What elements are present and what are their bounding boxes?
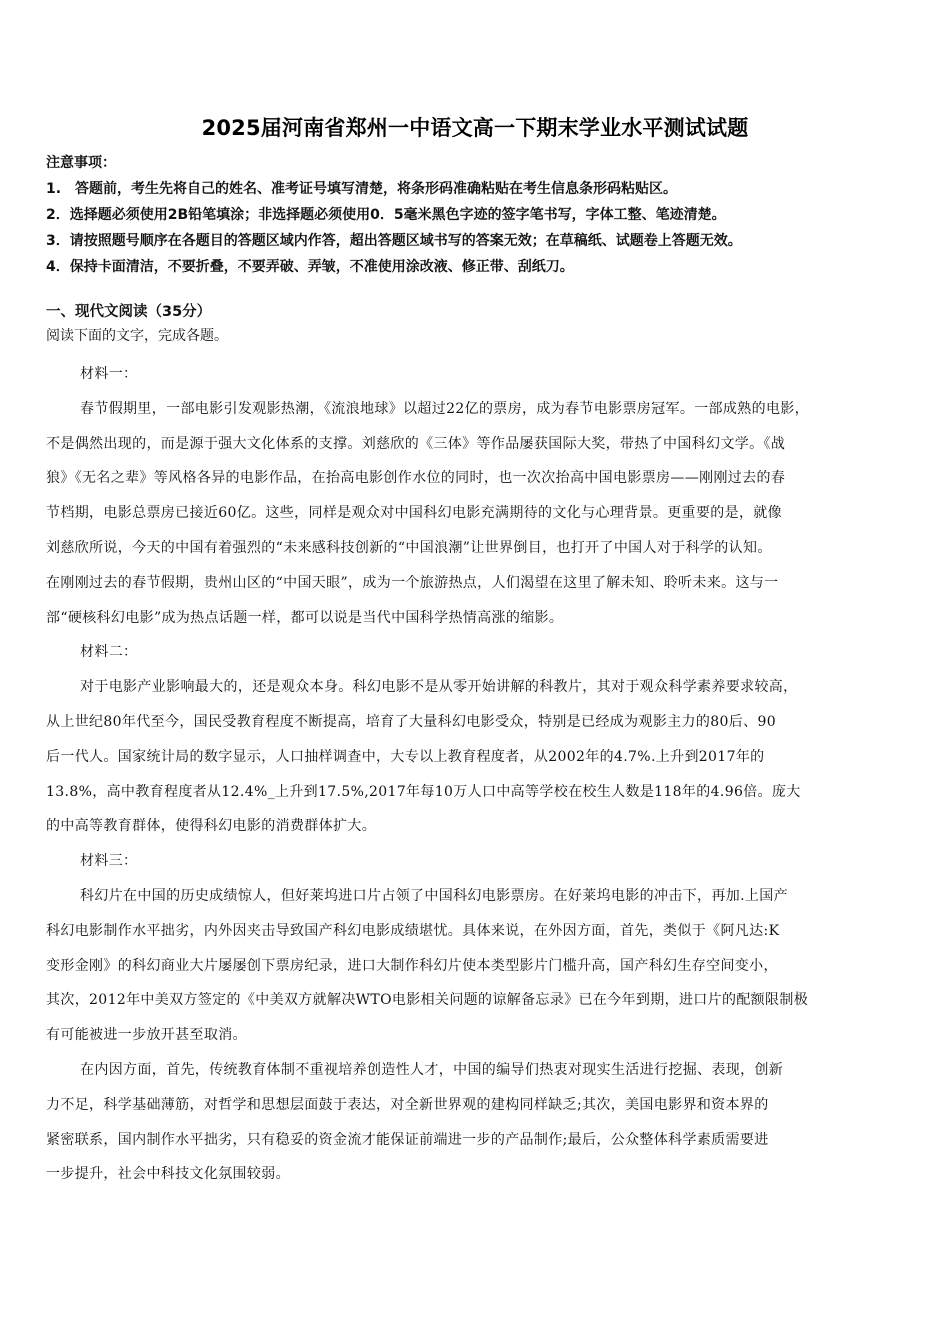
passage-line: 部“硬核科幻电影”成为热点话题一样，都可以说是当代中国科学热情高涨的缩影。	[46, 601, 916, 636]
passage-line: 狼》《无名之辈》等风格各异的电影作品，在抬高电影创作水位的同时，也一次次抬高中国…	[46, 461, 916, 496]
passage-line: 力不足，科学基础薄筋，对哲学和思想层面鼓于表达，对全新世界观的建构同样缺乏;其次…	[46, 1088, 916, 1123]
notice-item: 1. 答题前，考生先将自己的姓名、准考证号填写清楚，将条形码准确粘贴在考生信息条…	[46, 176, 926, 202]
passage-line: 13.8%，高中教育程度者从12.4%_上升到17.5%,2017年每10万人口…	[46, 775, 916, 810]
passage-line: 科幻片在中国的历史成绩惊人，但好莱坞进口片占领了中国科幻电影票房。在好莱坞电影的…	[46, 879, 916, 914]
section-instruction: 阅读下面的文字，完成各题。	[46, 325, 228, 345]
notice-item: 3．请按照题号顺序在各题目的答题区域内作答，超出答题区域书写的答案无效；在草稿纸…	[46, 228, 926, 254]
passage-line: 变形金刚》的科幻商业大片屡屡创下票房纪录，进口大制作科幻片使本类型影片门槛升高，…	[46, 949, 916, 984]
notice-heading: 注意事项：	[46, 150, 926, 176]
notice-item: 2．选择题必须使用2B铅笔填涂；非选择题必须使用0．5毫米黑色字迹的签字笔书写，…	[46, 202, 926, 228]
page-title: 2025届河南省郑州一中语文高一下期末学业水平测试试题	[0, 112, 950, 142]
notice-block: 注意事项： 1. 答题前，考生先将自己的姓名、准考证号填写清楚，将条形码准确粘贴…	[46, 150, 926, 280]
passage-line: 在内因方面，首先，传统教育体制不重视培养创造性人才，中国的编导们热衷对现实生活进…	[46, 1053, 916, 1088]
reading-passage: 材料一：春节假期里，一部电影引发观影热潮，《流浪地球》以超过22亿的票房，成为春…	[46, 357, 916, 1192]
passage-line: 一步提升，社会中科技文化氛围较弱。	[46, 1157, 916, 1192]
passage-line: 刘慈欣所说，今天的中国有着强烈的“未来感科技创新的“中国浪潮”让世界倒目，也打开…	[46, 531, 916, 566]
exam-page: 2025届河南省郑州一中语文高一下期末学业水平测试试题 注意事项： 1. 答题前…	[0, 0, 950, 1344]
passage-line: 的中高等教育群体，使得科幻电影的消费群体扩大。	[46, 809, 916, 844]
passage-line: 对于电影产业影响最大的，还是观众本身。科幻电影不是从零开始讲解的科教片，其对于观…	[46, 670, 916, 705]
passage-line: 不是偶然出现的，而是源于强大文化体系的支撑。刘慈欣的《三体》等作品屡获国际大奖，…	[46, 427, 916, 462]
passage-line: 其次，2012年中美双方签定的《中美双方就解决WTO电影相关问题的谅解备忘录》已…	[46, 983, 916, 1018]
passage-line: 节档期，电影总票房已接近60亿。这些，同样是观众对中国科幻电影充满期待的文化与心…	[46, 496, 916, 531]
passage-line: 在刚刚过去的春节假期，贵州山区的“中国天眼”，成为一个旅游热点，人们渴望在这里了…	[46, 566, 916, 601]
passage-line: 从上世纪80年代至今，国民受教育程度不断提高，培育了大量科幻电影受众，特别是已经…	[46, 705, 916, 740]
passage-line: 春节假期里，一部电影引发观影热潮，《流浪地球》以超过22亿的票房，成为春节电影票…	[46, 392, 916, 427]
passage-line: 材料三：	[46, 844, 916, 879]
passage-line: 紧密联系，国内制作水平拙劣，只有稳妥的资金流才能保证前端进一步的产品制作;最后，…	[46, 1123, 916, 1158]
section-heading: 一、现代文阅读（35分）	[46, 300, 211, 321]
passage-line: 材料一：	[46, 357, 916, 392]
passage-line: 后一代人。国家统计局的数字显示，人口抽样调查中，大专以上教育程度者，从2002年…	[46, 740, 916, 775]
notice-item: 4．保持卡面清洁，不要折叠，不要弄破、弄皱，不准使用涂改液、修正带、刮纸刀。	[46, 254, 926, 280]
passage-line: 材料二：	[46, 635, 916, 670]
passage-line: 有可能被进一步放开甚至取消。	[46, 1018, 916, 1053]
passage-line: 科幻电影制作水平拙劣，内外因夹击导致国产科幻电影成绩堪忧。具体来说，在外因方面，…	[46, 914, 916, 949]
